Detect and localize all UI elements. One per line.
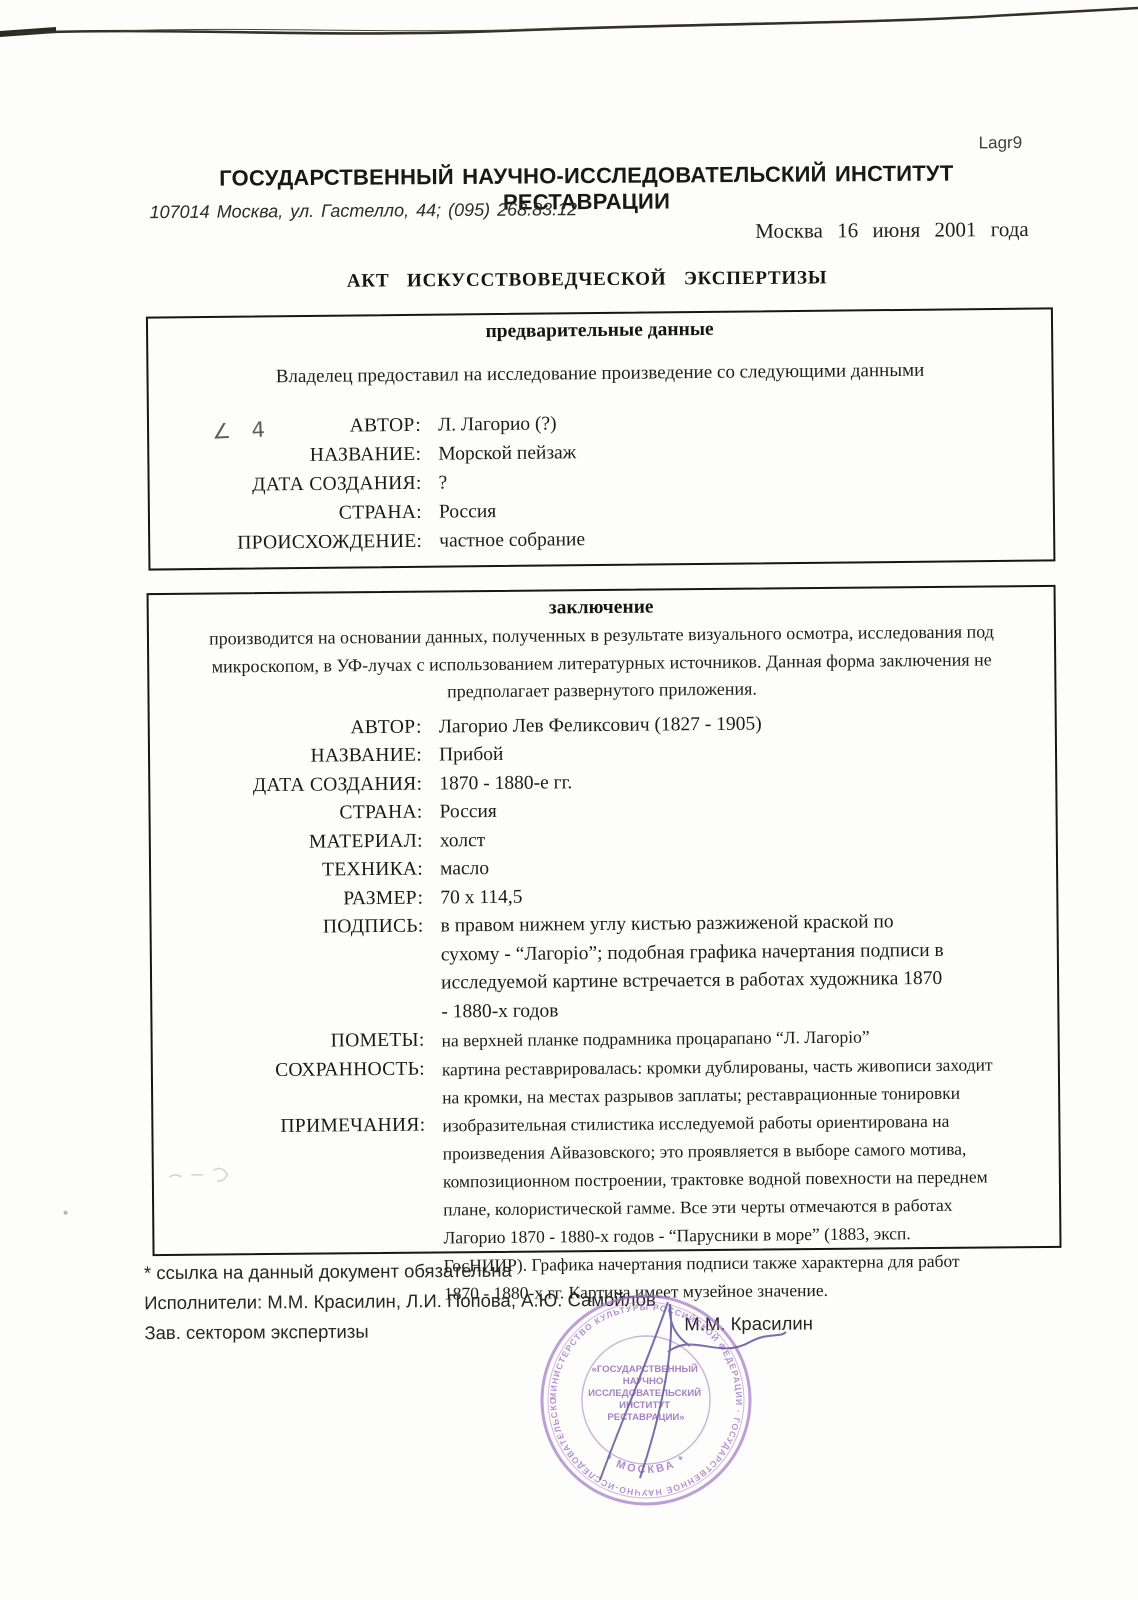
field-row-signature: ПОДПИСЬ: в правом нижнем углу кистью раз… xyxy=(151,907,1057,1029)
field-row-condition: СОХРАННОСТЬ: картина реставрировалась: к… xyxy=(153,1049,1058,1113)
place-and-date-line: Москва 16 июня 2001 года xyxy=(755,217,1029,244)
document-code: Lagr9 xyxy=(979,133,1023,153)
preliminary-fields: АВТОР: Л. Лагорио (?) НАЗВАНИЕ: Морской … xyxy=(149,404,1053,558)
field-label: ДАТА СОЗДАНИЯ: xyxy=(150,770,422,801)
conclusion-fields: АВТОР: Лагорио Лев Феликсович (1827 - 19… xyxy=(150,707,1060,1309)
field-label: НАЗВАНИЕ: xyxy=(149,440,421,472)
conclusion-intro-text: производится на основании данных, получе… xyxy=(171,618,1032,708)
field-label: ПОМЕТЫ: xyxy=(153,1027,425,1058)
organization-address: 107014 Москва, ул. Гастелло, 44; (095) 2… xyxy=(150,199,578,223)
field-label: АВТОР: xyxy=(149,411,421,443)
conclusion-box: заключение производится на основании дан… xyxy=(147,585,1062,1256)
reference-note: * ссылка на данный документ обязательна xyxy=(144,1260,512,1285)
head-of-sector-label: Зав. сектором экспертизы xyxy=(144,1321,368,1345)
field-label: МАТЕРИАЛ: xyxy=(151,827,423,858)
handwritten-pencil-mark: ∠ 4 xyxy=(212,417,273,443)
pencil-scribble xyxy=(161,1160,251,1191)
field-value: картина реставрировалась: кромки дублиро… xyxy=(442,1049,1047,1110)
preliminary-intro-text: Владелец предоставил на исследование про… xyxy=(148,358,1051,389)
field-label: ПРИМЕЧАНИЯ: xyxy=(153,1111,425,1142)
field-label: ПОДПИСЬ: xyxy=(151,913,423,944)
preliminary-box-title: предварительные данные xyxy=(148,315,1051,346)
pencil-dot xyxy=(60,1207,74,1221)
field-label: ТЕХНИКА: xyxy=(151,856,423,887)
field-label: НАЗВАНИЕ: xyxy=(150,742,422,773)
document-title: АКТ ИСКУССТВОВЕДЧЕСКОЙ ЭКСПЕРТИЗЫ xyxy=(147,266,1027,294)
scanned-document-page: Lagr9 ГОСУДАРСТВЕННЫЙ НАУЧНО-ИССЛЕДОВАТЕ… xyxy=(0,0,1138,1600)
field-label: ПРОИСХОЖДЕНИЕ: xyxy=(150,527,422,559)
official-stamp: МИНИСТЕРСТВО КУЛЬТУРЫ РОССИЙСКОЙ ФЕДЕРАЦ… xyxy=(518,1280,818,1540)
field-label: СТРАНА: xyxy=(150,498,422,530)
field-value: частное собрание xyxy=(439,521,1044,556)
field-value: изобразительная стилистика исследуемой р… xyxy=(442,1105,1049,1306)
field-label: ДАТА СОЗДАНИЯ: xyxy=(149,469,421,501)
field-label: СОХРАННОСТЬ: xyxy=(153,1055,425,1086)
preliminary-data-box: предварительные данные Владелец предоста… xyxy=(146,307,1056,570)
field-label: СТРАНА: xyxy=(150,799,422,830)
field-label: РАЗМЕР: xyxy=(151,884,423,915)
field-label: АВТОР: xyxy=(150,713,422,744)
field-value: в правом нижнем углу кистью разжиженой к… xyxy=(440,907,1046,1026)
stamp-center-text: «ГОСУДАРСТВЕННЫЙ НАУЧНО- ИССЛЕДОВАТЕЛЬСК… xyxy=(588,1363,704,1423)
